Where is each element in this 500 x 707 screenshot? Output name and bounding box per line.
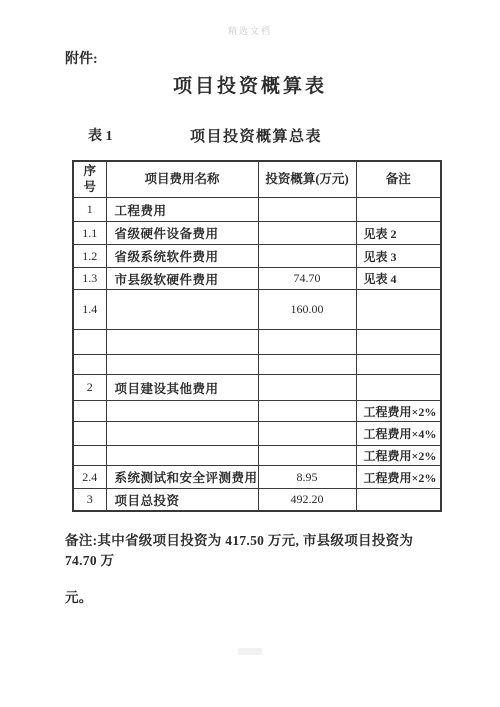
item-name-cell: 市县级软硬件费用	[106, 268, 258, 290]
document-title: 项目投资概算表	[0, 71, 500, 98]
table-row: 工程费用×2%	[73, 446, 441, 466]
table-title: 项目投资概算总表	[0, 125, 500, 146]
item-name-cell: 省级硬件设备费用	[106, 222, 258, 245]
table-number-label: 表 1	[88, 125, 113, 145]
table-row	[73, 330, 441, 355]
attachment-label: 附件:	[65, 48, 98, 68]
amount-cell: 8.95	[258, 466, 356, 489]
footnote-line-1: 备注:其中省级项目投资为 417.50 万元, 市县级项目投资为 74.70 万	[65, 529, 447, 569]
amount-cell	[258, 446, 356, 466]
seq-cell	[73, 355, 106, 375]
table-row: 2项目建设其他费用	[73, 375, 441, 401]
item-name-cell	[106, 330, 258, 355]
header-item-name: 项目费用名称	[106, 161, 258, 198]
note-cell	[356, 489, 441, 511]
seq-cell	[73, 446, 106, 466]
item-name-cell	[106, 422, 258, 446]
table-row: 3项目总投资492.20	[73, 489, 441, 511]
amount-cell: 160.00	[258, 290, 356, 330]
note-cell	[356, 355, 441, 375]
table-row: 1.2省级系统软件费用见表 3	[73, 245, 441, 268]
seq-cell: 1	[73, 198, 106, 222]
seq-cell: 1.1	[73, 222, 106, 245]
item-name-cell	[106, 401, 258, 422]
note-cell: 工程费用×4%	[356, 422, 441, 446]
amount-cell	[258, 222, 356, 245]
amount-cell	[258, 245, 356, 268]
amount-cell	[258, 355, 356, 375]
amount-cell	[258, 422, 356, 446]
seq-cell	[73, 401, 106, 422]
table-row: 1.4160.00	[73, 290, 441, 330]
item-name-cell: 工程费用	[106, 198, 258, 222]
amount-cell	[258, 401, 356, 422]
table-row: 2.4系统测试和安全评测费用8.95工程费用×2%	[73, 466, 441, 489]
note-cell: 见表 3	[356, 245, 441, 268]
seq-cell: 1.4	[73, 290, 106, 330]
item-name-cell	[106, 355, 258, 375]
header-amount: 投资概算(万元)	[258, 161, 356, 198]
item-name-cell	[106, 446, 258, 466]
table-header-row: 序号 项目费用名称 投资概算(万元) 备注	[73, 161, 441, 198]
item-name-cell: 系统测试和安全评测费用	[106, 466, 258, 489]
table-body: 1工程费用1.1省级硬件设备费用见表 21.2省级系统软件费用见表 31.3市县…	[73, 198, 441, 511]
seq-cell	[73, 330, 106, 355]
faint-page-mark	[238, 648, 262, 655]
seq-cell: 2.4	[73, 466, 106, 489]
investment-estimate-table: 序号 项目费用名称 投资概算(万元) 备注 1工程费用1.1省级硬件设备费用见表…	[72, 160, 442, 512]
note-cell: 工程费用×2%	[356, 446, 441, 466]
table-row: 工程费用×4%	[73, 422, 441, 446]
note-cell: 工程费用×2%	[356, 401, 441, 422]
table-row	[73, 355, 441, 375]
seq-cell: 3	[73, 489, 106, 511]
amount-cell	[258, 375, 356, 401]
amount-cell: 492.20	[258, 489, 356, 511]
note-cell	[356, 290, 441, 330]
seq-cell	[73, 422, 106, 446]
header-seq: 序号	[73, 161, 106, 198]
footnote-line-2: 元。	[65, 586, 447, 606]
seq-cell: 2	[73, 375, 106, 401]
table-row: 1.1省级硬件设备费用见表 2	[73, 222, 441, 245]
page-watermark: 精选文档	[0, 24, 500, 37]
amount-cell: 74.70	[258, 268, 356, 290]
item-name-cell	[106, 290, 258, 330]
table-caption: 表 1 项目投资概算总表	[0, 125, 500, 145]
note-cell: 工程费用×2%	[356, 466, 441, 489]
table-row: 1工程费用	[73, 198, 441, 222]
amount-cell	[258, 198, 356, 222]
item-name-cell: 项目建设其他费用	[106, 375, 258, 401]
note-cell	[356, 330, 441, 355]
table-row: 工程费用×2%	[73, 401, 441, 422]
seq-cell: 1.2	[73, 245, 106, 268]
note-cell: 见表 2	[356, 222, 441, 245]
item-name-cell: 省级系统软件费用	[106, 245, 258, 268]
note-cell	[356, 375, 441, 401]
note-cell	[356, 198, 441, 222]
seq-cell: 1.3	[73, 268, 106, 290]
note-cell: 见表 4	[356, 268, 441, 290]
header-note: 备注	[356, 161, 441, 198]
item-name-cell: 项目总投资	[106, 489, 258, 511]
table-row: 1.3市县级软硬件费用74.70见表 4	[73, 268, 441, 290]
amount-cell	[258, 330, 356, 355]
footnote: 备注:其中省级项目投资为 417.50 万元, 市县级项目投资为 74.70 万…	[65, 529, 447, 623]
